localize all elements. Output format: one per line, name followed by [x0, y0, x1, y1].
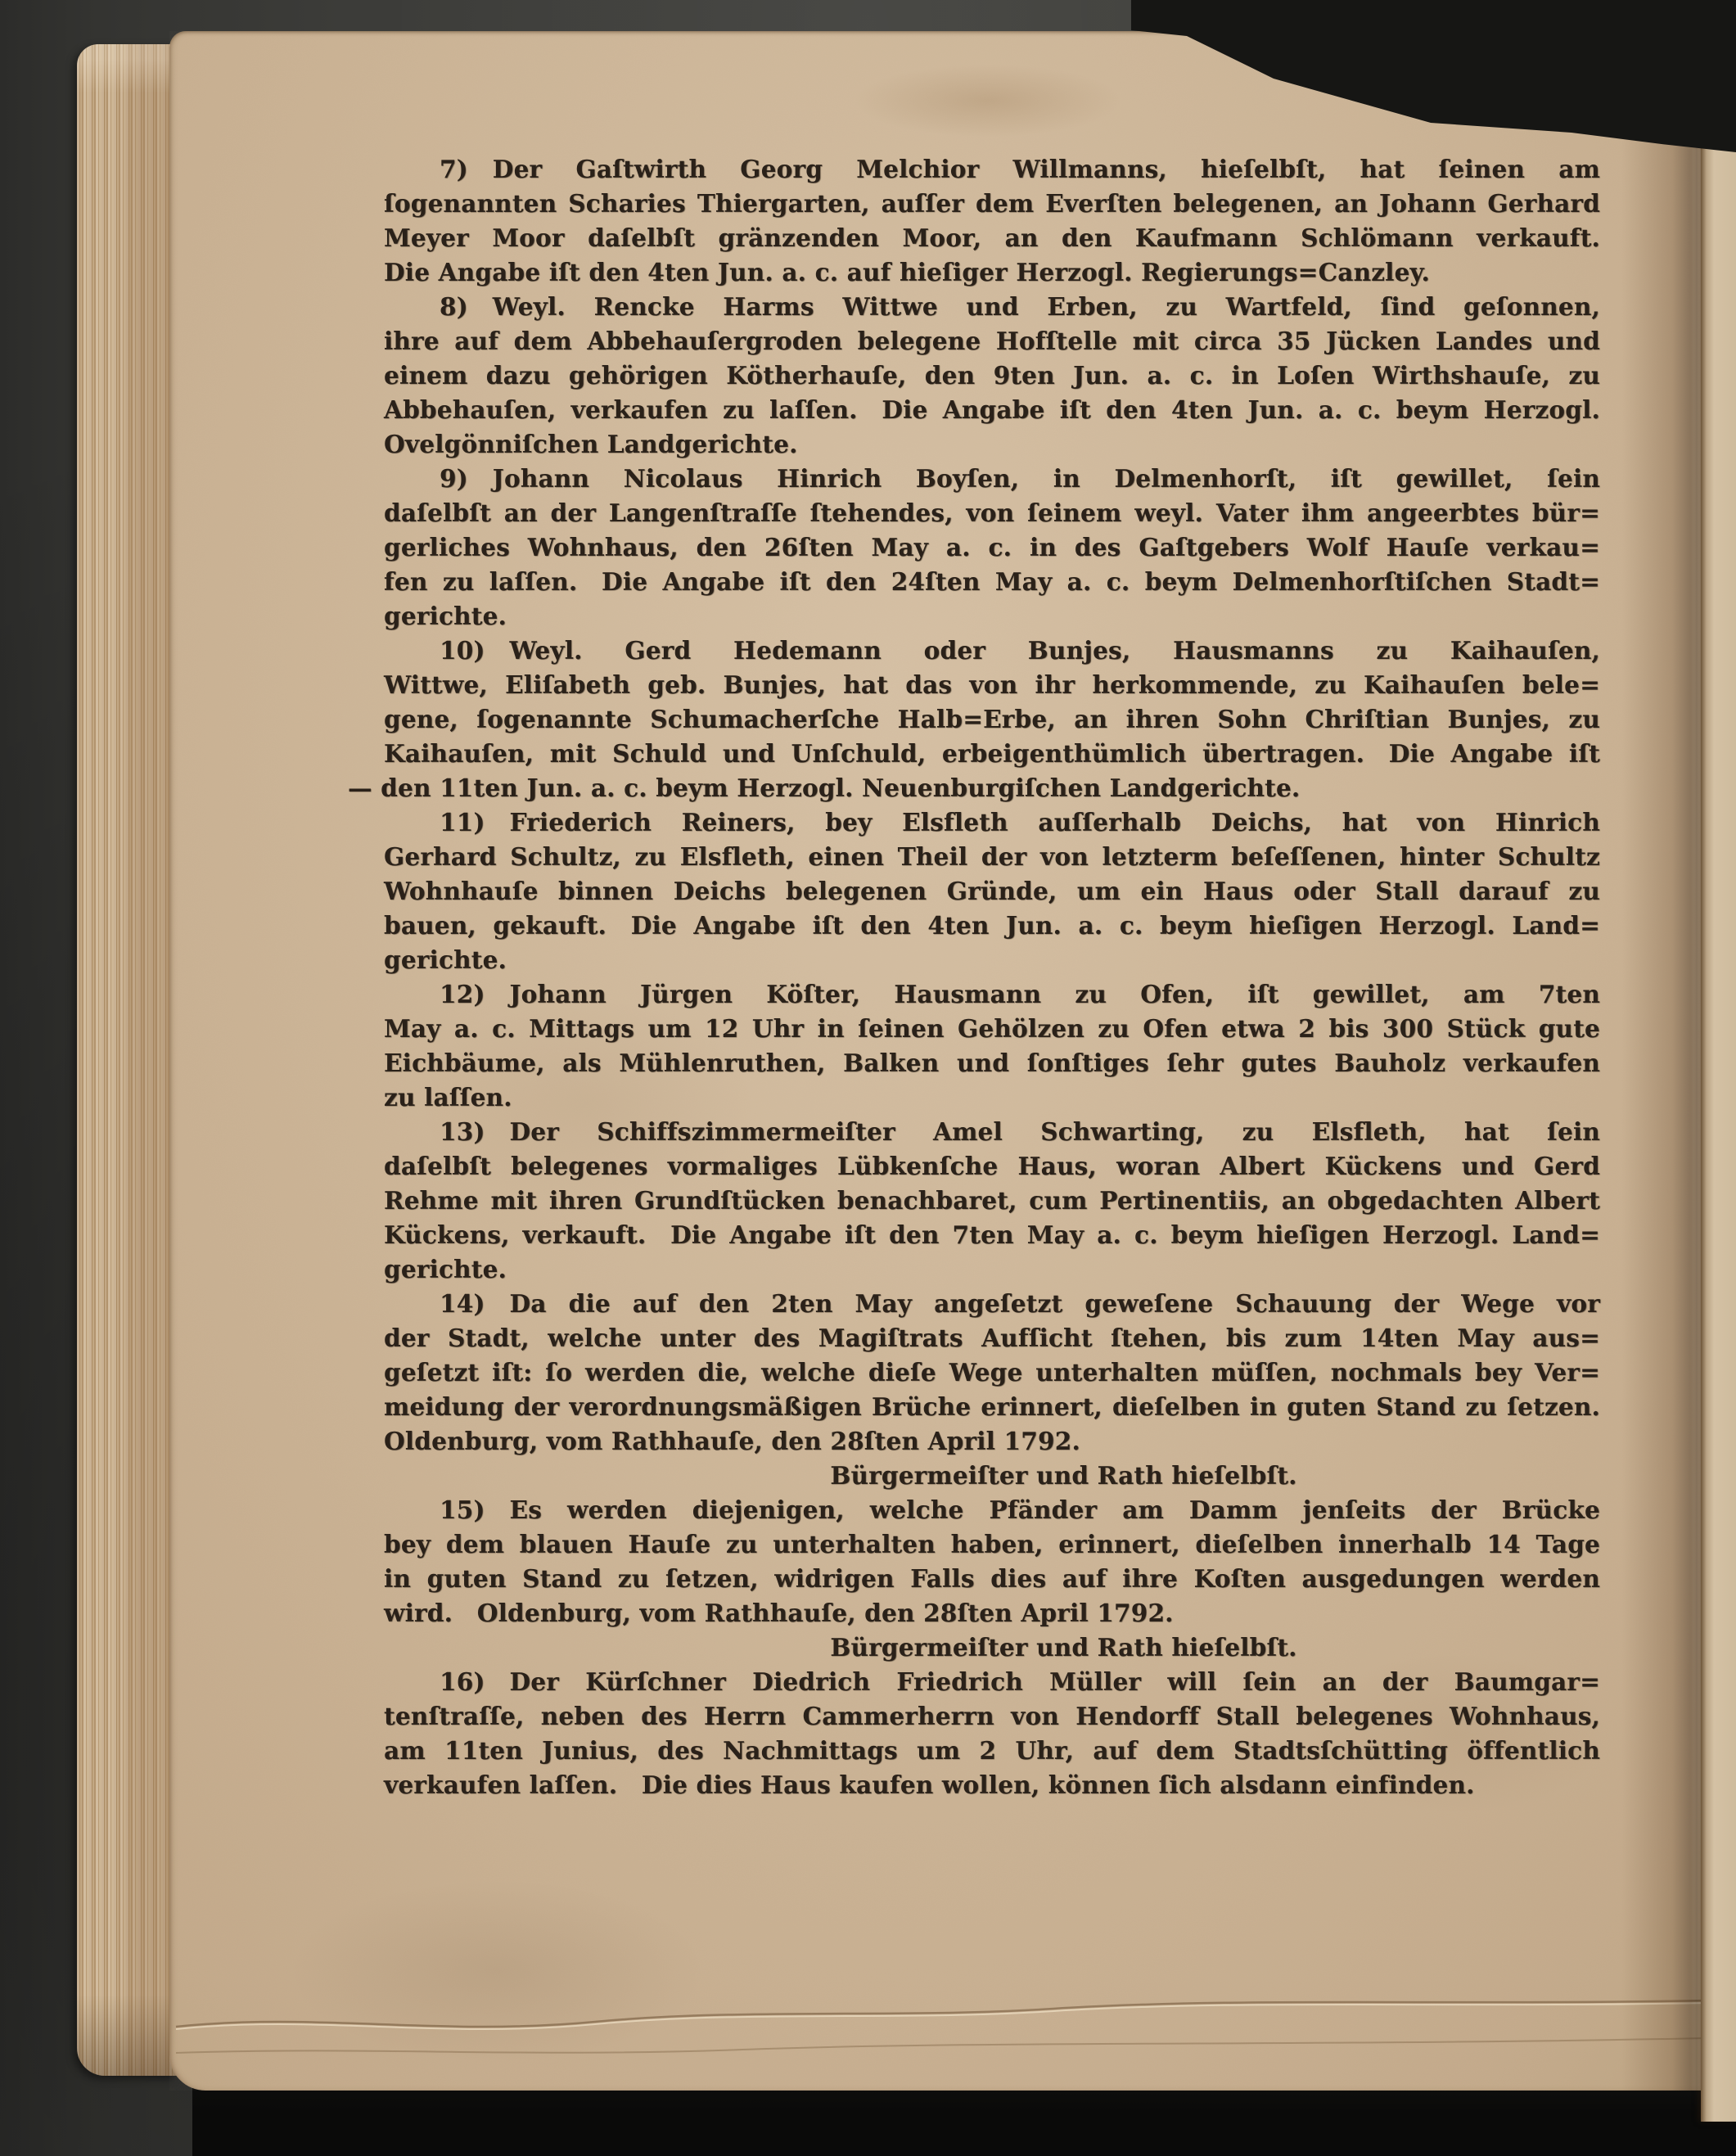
text-line: ihre auf dem Abbehauſergroden belegene H…	[384, 324, 1600, 359]
text-line: Rehme mit ihren Grundſtücken benachbaret…	[384, 1184, 1600, 1218]
text-line: bey dem blauen Hauſe zu unterhalten habe…	[384, 1527, 1600, 1562]
text-line: ſogenannten Scharies Thiergarten, auſſer…	[384, 187, 1600, 221]
page-edge-stack	[77, 44, 177, 2076]
text-line: wird. Oldenburg, vom Rathhauſe, den 28ſt…	[384, 1596, 1600, 1631]
text-line: der Stadt, welche unter des Magiſtrats A…	[384, 1321, 1600, 1355]
text-line: am 11ten Junius, des Nachmittags um 2 Uh…	[384, 1734, 1600, 1768]
text-line: Ovelgönniſchen Landgerichte.	[384, 427, 1600, 462]
text-line: Kückens, verkauft. Die Angabe iſt den 7t…	[384, 1218, 1600, 1252]
text-line: einem dazu gehörigen Kötherhauſe, den 9t…	[384, 359, 1600, 393]
text-line: zu laſſen.	[384, 1080, 1600, 1115]
text-line: — den 11ten Jun. a. c. beym Herzogl. Neu…	[384, 771, 1600, 805]
text-line: in guten Stand zu ſetzen, widrigen Falls…	[384, 1562, 1600, 1596]
text-line: gene, ſogenannte Schumacherſche Halb=Erb…	[384, 702, 1600, 737]
text-line: gerliches Wohnhaus, den 26ſten May a. c.…	[384, 530, 1600, 565]
text-line: 14) Da die auf den 2ten May angeſetzt ge…	[384, 1287, 1600, 1321]
text-line: 16) Der Kürſchner Diedrich Friedrich Mül…	[384, 1665, 1600, 1699]
text-line: 13) Der Schiffszimmermeiſter Amel Schwar…	[384, 1115, 1600, 1149]
text-line: Gerhard Schultz, zu Elsfleth, einen Thei…	[384, 840, 1600, 874]
text-line: 15) Es werden diejenigen, welche Pfänder…	[384, 1493, 1600, 1527]
text-line: 7) Der Gaſtwirth Georg Melchior Willmann…	[384, 152, 1600, 187]
paper-stain	[853, 64, 1123, 138]
signature-line: Bürgermeiſter und Rath hieſelbſt.	[384, 1631, 1600, 1665]
text-line: meidung der verordnungsmäßigen Brüche er…	[384, 1390, 1600, 1424]
text-line: 8) Weyl. Rencke Harms Wittwe und Erben, …	[384, 290, 1600, 324]
text-line: Oldenburg, vom Rathhauſe, den 28ſten Apr…	[384, 1424, 1600, 1459]
text-line: daſelbſt belegenes vormaliges Lübkenſche…	[384, 1149, 1600, 1184]
text-line: Eichbäume, als Mühlenruthen, Balken und …	[384, 1046, 1600, 1080]
text-line: bauen, gekauft. Die Angabe iſt den 4ten …	[384, 909, 1600, 943]
text-line: gerichte.	[384, 599, 1600, 634]
next-page-edge	[1701, 121, 1736, 2122]
text-line: verkaufen laſſen. Die dies Haus kaufen w…	[384, 1768, 1600, 1802]
text-block: 7) Der Gaſtwirth Georg Melchior Willmann…	[384, 152, 1600, 1802]
text-line: daſelbſt an der Langenſtraſſe ſtehendes,…	[384, 496, 1600, 530]
text-line: Kaihauſen, mit Schuld und Unſchuld, erbe…	[384, 737, 1600, 771]
paper-stain	[292, 1881, 701, 2061]
text-line: 11) Friederich Reiners, bey Elsfleth auſ…	[384, 805, 1600, 840]
text-line: Wohnhauſe binnen Deichs belegenen Gründe…	[384, 874, 1600, 909]
text-line: Meyer Moor daſelbſt gränzenden Moor, an …	[384, 221, 1600, 255]
text-line: 10) Weyl. Gerd Hedemann oder Bunjes, Hau…	[384, 634, 1600, 668]
text-line: gerichte.	[384, 1252, 1600, 1287]
text-line: Abbehauſen, verkaufen zu laſſen. Die Ang…	[384, 393, 1600, 427]
text-line: Wittwe, Eliſabeth geb. Bunjes, hat das v…	[384, 668, 1600, 702]
text-line: Die Angabe iſt den 4ten Jun. a. c. auf h…	[384, 255, 1600, 290]
book-scan: 7) Der Gaſtwirth Georg Melchior Willmann…	[0, 0, 1736, 2156]
book-page: 7) Der Gaſtwirth Georg Melchior Willmann…	[169, 31, 1736, 2091]
text-line: tenſtraſſe, neben des Herrn Cammerherrn …	[384, 1699, 1600, 1734]
text-line: geſetzt iſt: ſo werden die, welche dieſe…	[384, 1355, 1600, 1390]
text-line: May a. c. Mittags um 12 Uhr in ſeinen Ge…	[384, 1012, 1600, 1046]
text-line: gerichte.	[384, 943, 1600, 977]
text-line: 9) Johann Nicolaus Hinrich Boyſen, in De…	[384, 462, 1600, 496]
text-line: 12) Johann Jürgen Köſter, Hausmann zu Of…	[384, 977, 1600, 1012]
text-line: fen zu laſſen. Die Angabe iſt den 24ſten…	[384, 565, 1600, 599]
signature-line: Bürgermeiſter und Rath hieſelbſt.	[384, 1459, 1600, 1493]
